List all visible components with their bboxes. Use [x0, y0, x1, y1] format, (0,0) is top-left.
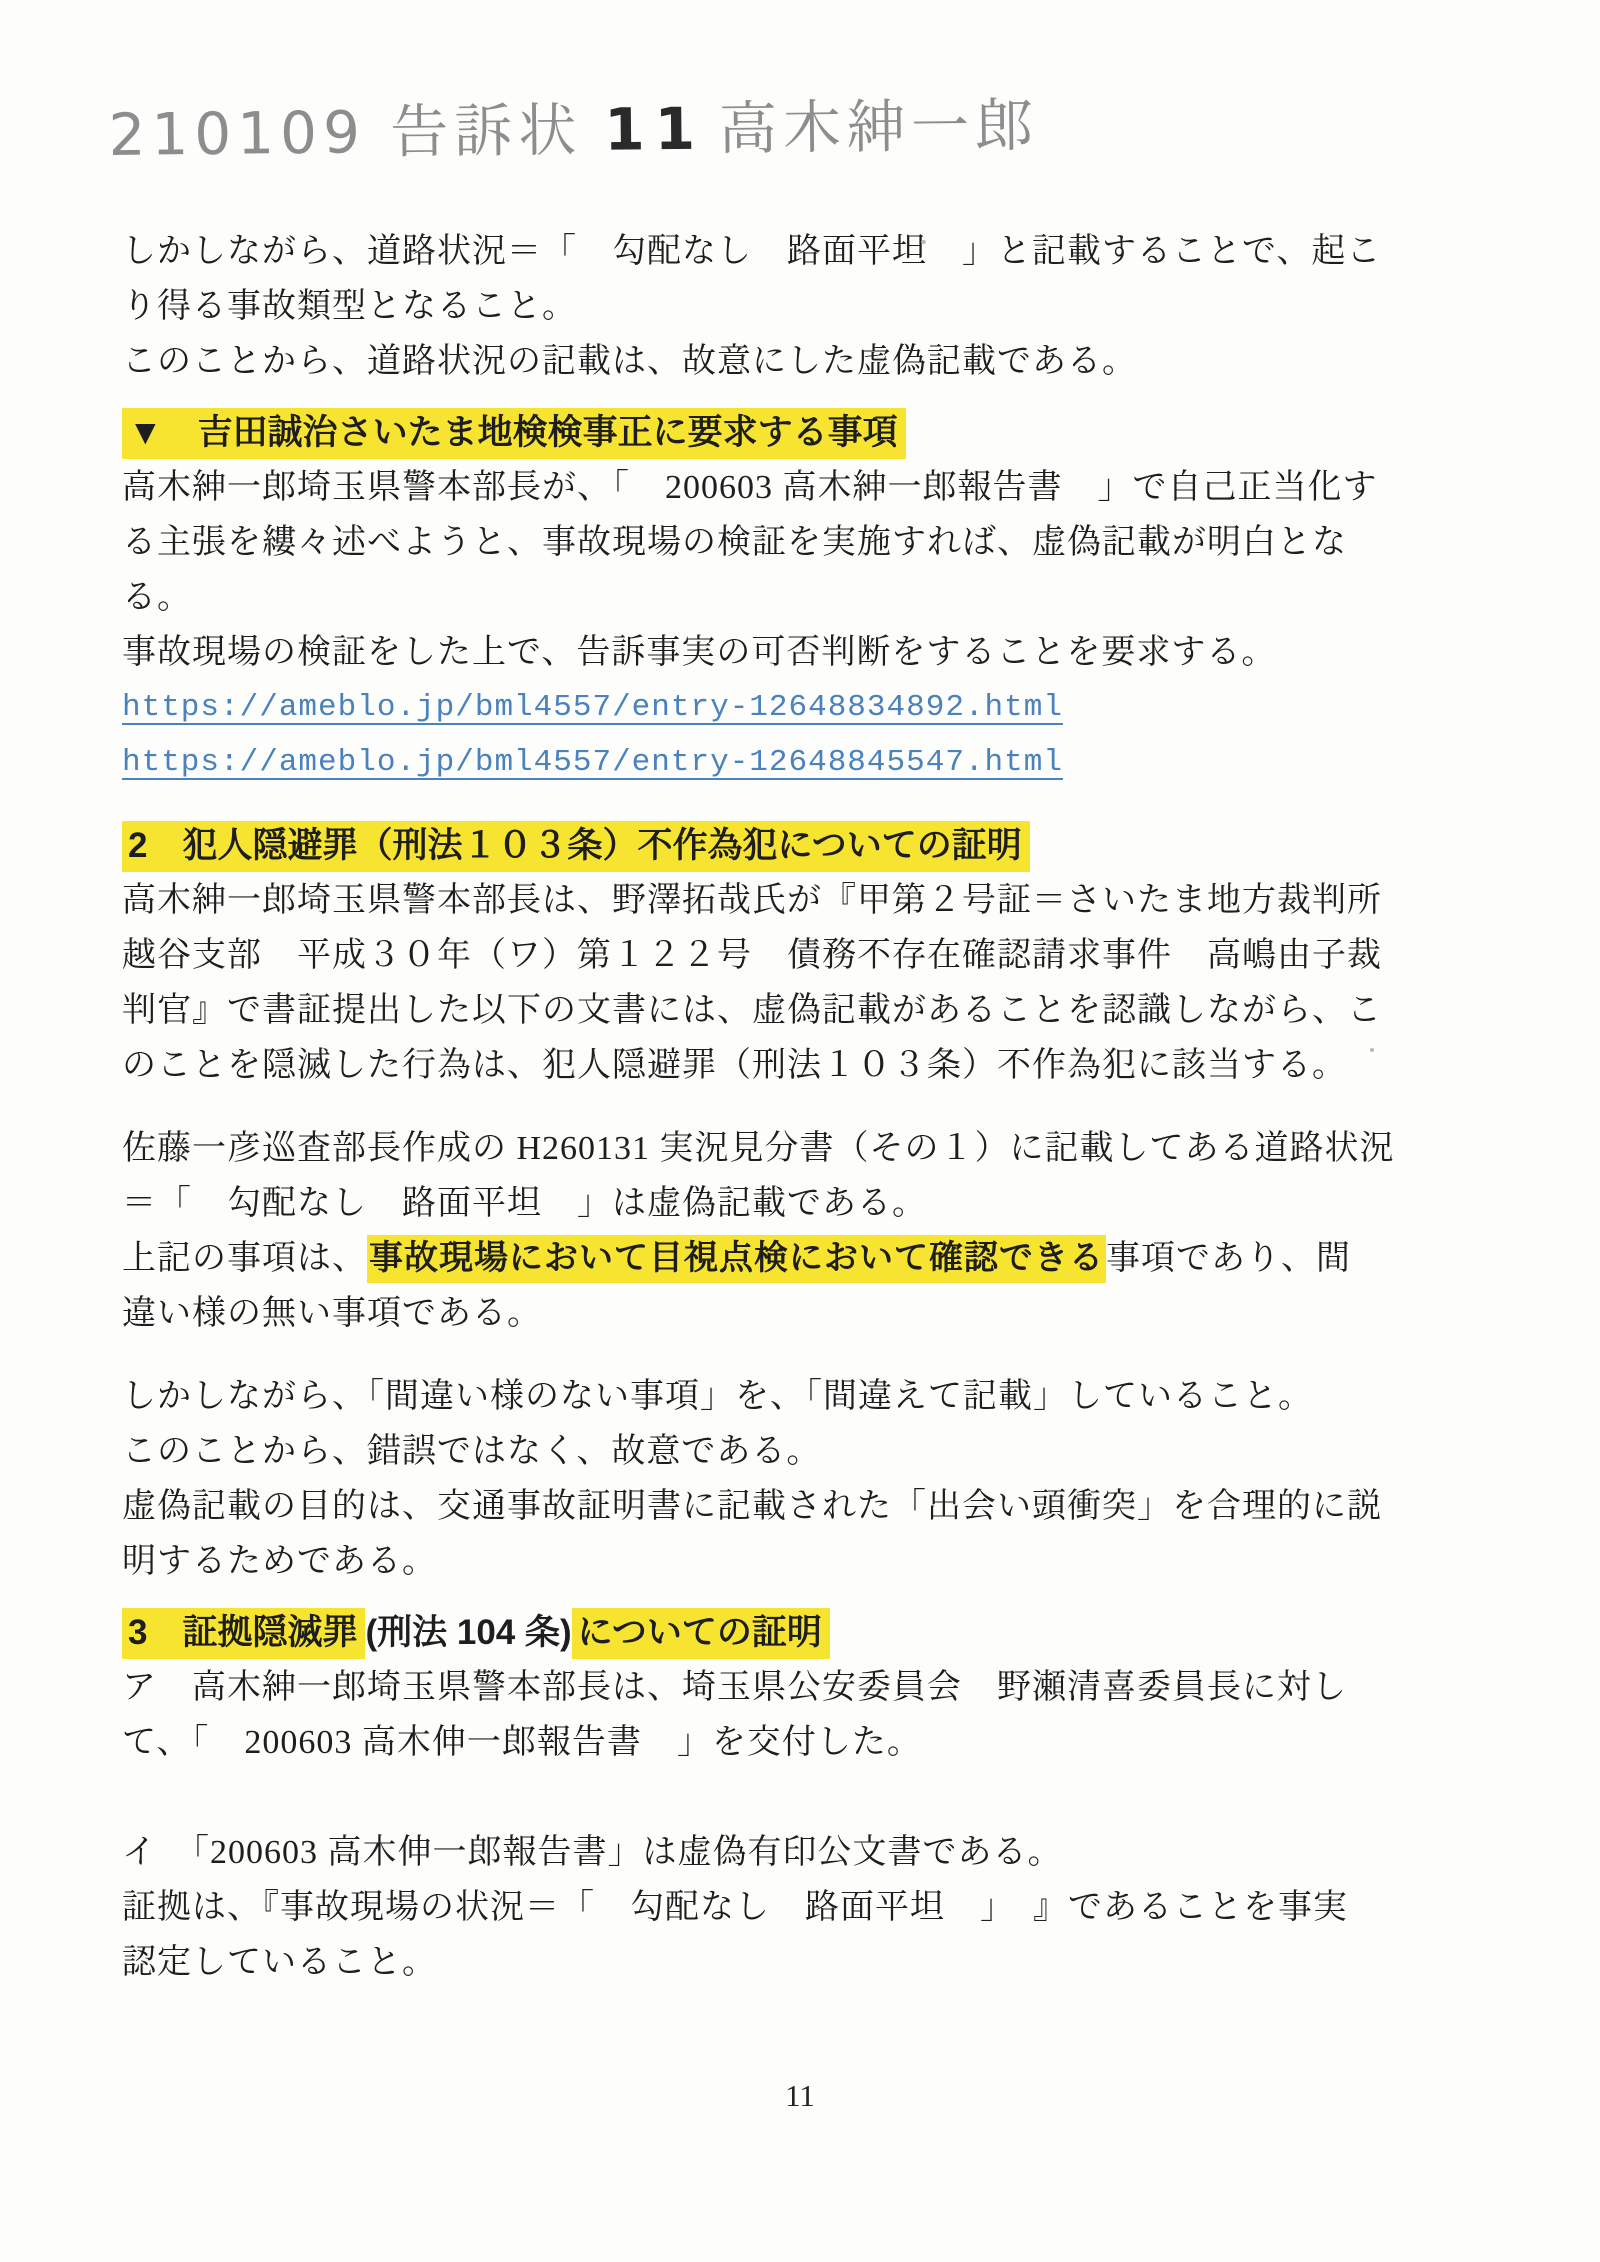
highlighted-inline-text: 事故現場において目視点検において確認できる: [367, 1235, 1106, 1283]
plain-heading-text: (刑法 104 条): [365, 1613, 571, 1652]
page-number: 11: [0, 2078, 1600, 2114]
text-line: のことを隠滅した行為は、犯人隠避罪（刑法１０３条）不作為犯に該当する。: [122, 1038, 1490, 1093]
text-line: しかしながら、道路状況＝「 勾配なし 路面平坦 」と記載することで、起こ: [122, 224, 1490, 279]
highlighted-heading-text: についての証明: [572, 1608, 830, 1659]
text-line: 越谷支部 平成３０年（ワ）第１２２号 債務不存在確認請求事件 高嶋由子裁: [122, 928, 1490, 983]
text-line: 高木紳一郎埼玉県警本部長は、野澤拓哉氏が『甲第２号証＝さいたま地方裁判所: [122, 873, 1490, 928]
text-line: このことから、錯誤ではなく、故意である。: [122, 1424, 1490, 1479]
text-line: 違い様の無い事項である。: [122, 1286, 1490, 1341]
text-segment: 上記の事項は、: [122, 1240, 367, 1277]
blog-link-1[interactable]: https://ameblo.jp/bml4557/entry-12648834…: [122, 680, 1063, 735]
scanned-document-page: { "handwriting": { "prefix": "210109 告訴状…: [0, 0, 1600, 2262]
text-line: ア 高木紳一郎埼玉県警本部長は、埼玉県公安委員会 野瀬清喜委員長に対し: [122, 1660, 1490, 1715]
section3-paragraph-a: ア 高木紳一郎埼玉県警本部長は、埼玉県公安委員会 野瀬清喜委員長に対し て、「 …: [122, 1660, 1490, 1770]
section3-heading: 3 証拠隠滅罪(刑法 104 条)についての証明: [122, 1605, 1490, 1660]
text-line: 虚偽記載の目的は、交通事故証明書に記載された「出会い頭衝突」を合理的に説: [122, 1479, 1490, 1534]
text-line: ＝「 勾配なし 路面平坦 」は虚偽記載である。: [122, 1176, 1490, 1231]
text-line: 佐藤一彦巡査部長作成の H260131 実況見分書（その１）に記載してある道路状…: [122, 1121, 1490, 1176]
text-line-with-highlight: 上記の事項は、事故現場において目視点検において確認できる事項であり、間: [122, 1231, 1490, 1286]
section3-paragraph-i: イ 「200603 高木伸一郎報告書」は虚偽有印公文書である。 証拠は、『事故現…: [122, 1825, 1490, 1990]
text-line: て、「 200603 高木伸一郎報告書 」を交付した。: [122, 1715, 1490, 1770]
highlighted-heading-text: 3 証拠隠滅罪: [122, 1608, 365, 1659]
section2-paragraph-2: 佐藤一彦巡査部長作成の H260131 実況見分書（その１）に記載してある道路状…: [122, 1121, 1490, 1341]
text-line: 証拠は、『事故現場の状況＝「 勾配なし 路面平坦 」 』であることを事実: [122, 1880, 1490, 1935]
handwritten-name: 高木紳一郎: [719, 91, 1040, 162]
handwritten-header: 210109 告訴状11高木紳一郎: [108, 74, 1491, 172]
text-line: 認定していること。: [122, 1935, 1490, 1990]
text-line: 判官』で書証提出した以下の文書には、虚偽記載があることを認識しながら、こ: [122, 983, 1490, 1038]
text-line: る。: [122, 570, 1490, 625]
highlighted-heading-text: 2 犯人隠避罪（刑法１０３条）不作為犯についての証明: [122, 821, 1030, 872]
document-content: 210109 告訴状11高木紳一郎 しかしながら、道路状況＝「 勾配なし 路面平…: [122, 70, 1490, 1990]
text-line: このことから、道路状況の記載は、故意にした虚偽記載である。: [122, 334, 1490, 389]
scan-speck: [921, 240, 926, 244]
blog-link-2[interactable]: https://ameblo.jp/bml4557/entry-12648845…: [122, 735, 1063, 790]
text-line: しかしながら、「間違い様のない事項」を、「間違えて記載」していること。: [122, 1369, 1490, 1424]
text-segment: 事項であり、間: [1106, 1240, 1351, 1277]
section1-paragraph: 高木紳一郎埼玉県警本部長が、「 200603 高木紳一郎報告書 」で自己正当化す…: [122, 460, 1490, 680]
text-line: 明するためである。: [122, 1534, 1490, 1589]
intro-paragraph: しかしながら、道路状況＝「 勾配なし 路面平坦 」と記載することで、起こ り得る…: [122, 224, 1490, 389]
section2-paragraph-1: 高木紳一郎埼玉県警本部長は、野澤拓哉氏が『甲第２号証＝さいたま地方裁判所 越谷支…: [122, 873, 1490, 1093]
text-line: 事故現場の検証をした上で、告訴事実の可否判断をすることを要求する。: [122, 625, 1490, 680]
scan-speck: [1370, 1048, 1374, 1052]
handwritten-page-mark: 11: [582, 95, 719, 164]
text-line: り得る事故類型となること。: [122, 279, 1490, 334]
section2-heading: 2 犯人隠避罪（刑法１０３条）不作為犯についての証明: [122, 818, 1490, 873]
section2-paragraph-3: しかしながら、「間違い様のない事項」を、「間違えて記載」していること。 このこと…: [122, 1369, 1490, 1589]
highlighted-heading-text: ▼ 吉田誠治さいたま地検検事正に要求する事項: [122, 408, 906, 459]
text-line: る主張を縷々述べようと、事故現場の検証を実施すれば、虚偽記載が明白とな: [122, 515, 1490, 570]
handwritten-date-title: 210109 告訴状: [108, 96, 583, 169]
section1-heading: ▼ 吉田誠治さいたま地検検事正に要求する事項: [122, 405, 1490, 460]
text-line: 高木紳一郎埼玉県警本部長が、「 200603 高木紳一郎報告書 」で自己正当化す: [122, 460, 1490, 515]
text-line: イ 「200603 高木伸一郎報告書」は虚偽有印公文書である。: [122, 1825, 1490, 1880]
